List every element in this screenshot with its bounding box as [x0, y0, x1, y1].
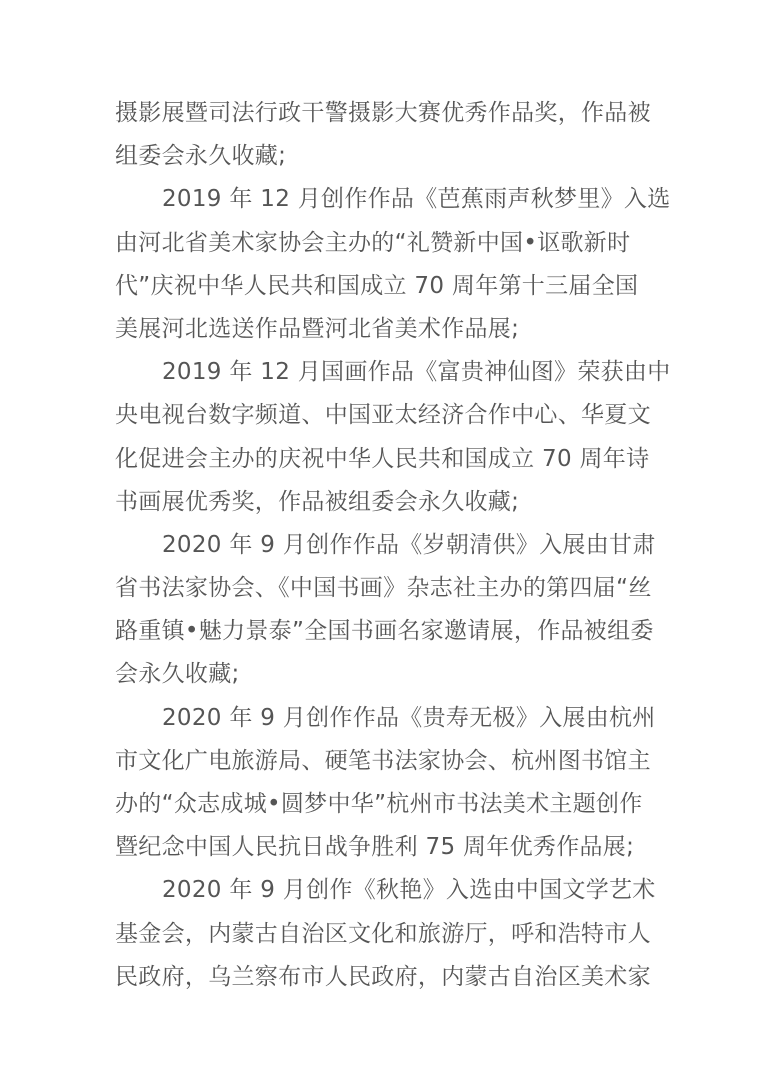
text-line: 暨纪念中国人民抗日战争胜利 75 周年优秀作品展;: [115, 826, 660, 869]
paragraph-start-line: 2019 年 12 月创作作品《芭蕉雨声秋梦里》入选: [115, 178, 660, 221]
text-line: 美展河北选送作品暨河北省美术作品展;: [115, 308, 660, 351]
text-line: 书画展优秀奖，作品被组委会永久收藏;: [115, 481, 660, 524]
text-line: 民政府，乌兰察布市人民政府，内蒙古自治区美术家: [115, 956, 660, 999]
text-line: 会永久收藏;: [115, 653, 660, 696]
text-line: 路重镇•魅力景泰”全国书画名家邀请展，作品被组委: [115, 610, 660, 653]
paragraph-start-line: 2020 年 9 月创作《秋艳》入选由中国文学艺术: [115, 869, 660, 912]
paragraph-start-line: 2019 年 12 月国画作品《富贵神仙图》荣获由中: [115, 351, 660, 394]
text-line: 省书法家协会、《中国书画》杂志社主办的第四届“丝: [115, 567, 660, 610]
paragraph-start-line: 2020 年 9 月创作作品《贵寿无极》入展由杭州: [115, 697, 660, 740]
text-line: 由河北省美术家协会主办的“礼赞新中国•讴歌新时: [115, 222, 660, 265]
text-line: 摄影展暨司法行政干警摄影大赛优秀作品奖，作品被: [115, 92, 660, 135]
text-line: 市文化广电旅游局、硬笔书法家协会、杭州图书馆主: [115, 740, 660, 783]
text-line: 基金会，内蒙古自治区文化和旅游厅，呼和浩特市人: [115, 913, 660, 956]
document-body: 摄影展暨司法行政干警摄影大赛优秀作品奖，作品被 组委会永久收藏; 2019 年 …: [115, 92, 660, 999]
text-line: 组委会永久收藏;: [115, 135, 660, 178]
paragraph-start-line: 2020 年 9 月创作作品《岁朝清供》入展由甘肃: [115, 524, 660, 567]
text-line: 央电视台数字频道、中国亚太经济合作中心、华夏文: [115, 394, 660, 437]
text-line: 代”庆祝中华人民共和国成立 70 周年第十三届全国: [115, 265, 660, 308]
text-line: 办的“众志成城•圆梦中华”杭州市书法美术主题创作: [115, 783, 660, 826]
text-line: 化促进会主办的庆祝中华人民共和国成立 70 周年诗: [115, 438, 660, 481]
